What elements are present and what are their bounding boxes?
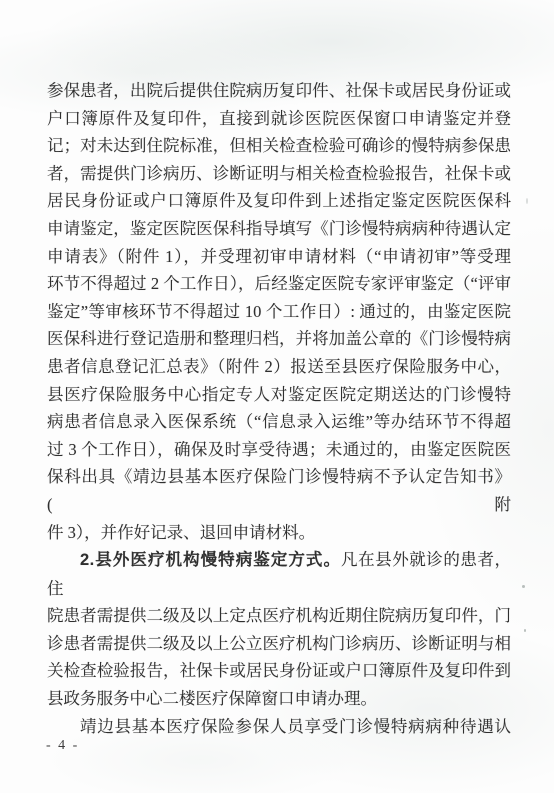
text-line: 记；对未达到住院标准，但相关检查检验可确诊的慢特病参保患: [47, 132, 511, 160]
section-heading: 2.县外医疗机构慢特病鉴定方式。: [80, 551, 341, 569]
text-line: 县医疗保险服务中心指定专人对鉴定医院定期送达的门诊慢特: [47, 381, 511, 409]
scan-speck: [526, 198, 528, 204]
text-line: 参保患者，出院后提供住院病历复印件、社保卡或居民身份证或: [47, 77, 511, 105]
text-line: 环节不得超过 2 个工作日），后经鉴定医院专家评审鉴定（“评审: [47, 270, 511, 298]
scanned-document-page: 参保患者，出院后提供住院病历复印件、社保卡或居民身份证或户口簿原件及复印件，直接…: [0, 0, 554, 793]
text-line: 申请鉴定，鉴定医院医保科指导填写《门诊慢特病病种待遇认定: [47, 215, 511, 243]
text-line: 件 3），并作好记录、退回申请材料。: [47, 519, 511, 547]
text-line: 病患者信息录入医保系统（“信息录入运维”等办结环节不得超: [47, 408, 511, 436]
scan-speck: [524, 629, 526, 632]
text-line: 鉴定”等审核环节不得超过 10 个工作日）: 通过的，由鉴定医院: [47, 298, 511, 326]
text-line: 县政务服务中心二楼医疗保障窗口申请办理。: [47, 685, 511, 713]
text-line: 户口簿原件及复印件，直接到就诊医院医保窗口申请鉴定并登: [47, 105, 511, 133]
text-line: 居民身份证或户口簿原件及复印件到上述指定鉴定医院医保科: [47, 187, 511, 215]
text-line: 院患者需提供二级及以上定点医疗机构近期住院病历复印件，门: [47, 602, 511, 630]
document-lines: 参保患者，出院后提供住院病历复印件、社保卡或居民身份证或户口簿原件及复印件，直接…: [47, 77, 511, 740]
text-line: 2.县外医疗机构慢特病鉴定方式。凡在县外就诊的患者，住: [47, 546, 511, 602]
page-number: - 4 -: [46, 738, 79, 754]
text-line: 诊患者需提供二级及以上公立医疗机构门诊病历、诊断证明与相: [47, 630, 511, 658]
text-line: 关检查检验报告，社保卡或居民身份证或户口簿原件及复印件到: [47, 657, 511, 685]
text-line: 者，需提供门诊病历、诊断证明与相关检查检验报告，社保卡或: [47, 160, 511, 188]
text-line: 医保科进行登记造册和整理归档，并将加盖公章的《门诊慢特病: [47, 325, 511, 353]
text-line: 保科出具《靖边县基本医疗保险门诊慢特病不予认定告知书》(附: [47, 463, 511, 518]
text-line: 过 3 个工作日），确保及时享受待遇；未通过的，由鉴定医院医: [47, 436, 511, 464]
scan-speck: [522, 585, 525, 588]
text-line: 患者信息登记汇总表》（附件 2）报送至县医疗保险服务中心，: [47, 353, 511, 381]
text-line: 申请表》（附件 1），并受理初审申请材料（“申请初审”等受理: [47, 243, 511, 271]
text-line: 靖边县基本医疗保险参保人员享受门诊慢特病病种待遇认: [47, 713, 511, 741]
